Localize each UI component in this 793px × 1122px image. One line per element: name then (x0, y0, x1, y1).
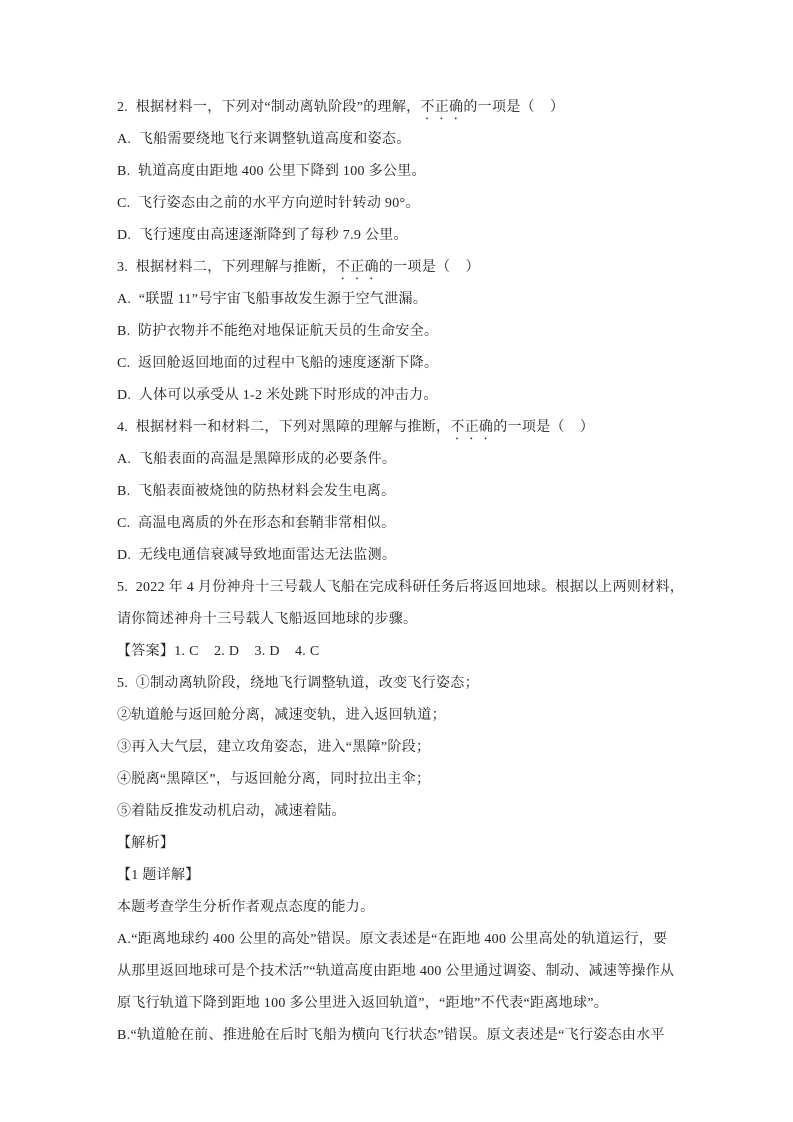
answer-line: 【答案】1. C 2. D 3. D 4. C (117, 636, 717, 668)
text-segment: 【解析】 (117, 836, 174, 851)
option-3-d: D. 人体可以承受从 1-2 米处跳下时形成的冲击力。 (117, 380, 717, 412)
option-4-a: A. 飞船表面的高温是黑障形成的必要条件。 (117, 444, 717, 476)
text-segment: ②轨道舱与返回舱分离，减速变轨，进入返回轨道； (117, 708, 446, 723)
answer-5-step-1: 5. ①制动离轨阶段，绕地飞行调整轨道，改变飞行姿态； (117, 668, 717, 700)
analysis-heading: 【解析】 (117, 828, 717, 860)
analysis-a-line-2: 从那里返回地球可是个技术活”“轨道高度由距地 400 公里通过调姿、制动、减速等… (117, 956, 717, 988)
question-5-line-1: 5. 2022 年 4 月份神舟十三号载人飞船在完成科研任务后将返回地球。根据以… (117, 572, 717, 604)
analysis-a-line-1: A.“距离地球约 400 公里的高处”错误。原文表述是“在距地 400 公里高处… (117, 924, 717, 956)
text-segment: D. 飞行速度由高速逐渐降到了每秒 7.9 公里。 (117, 228, 408, 243)
text-segment: C. 飞行姿态由之前的水平方向逆时针转动 90°。 (117, 196, 420, 211)
option-2-d: D. 飞行速度由高速逐渐降到了每秒 7.9 公里。 (117, 220, 717, 252)
analysis-intro: 本题考查学生分析作者观点态度的能力。 (117, 892, 717, 924)
document-body: 2. 根据材料一，下列对“制动离轨阶段”的理解，不正确的一项是（ ）A. 飞船需… (117, 92, 717, 1052)
document-page: 2. 根据材料一，下列对“制动离轨阶段”的理解，不正确的一项是（ ）A. 飞船需… (0, 0, 793, 1122)
text-segment: ③再入大气层，建立攻角姿态，进入“黑障”阶段； (117, 740, 430, 755)
text-segment: A. “联盟 11”号宇宙飞船事故发生源于空气泄漏。 (117, 292, 427, 307)
text-segment: C. 高温电离质的外在形态和套鞘非常相似。 (117, 516, 395, 531)
option-3-a: A. “联盟 11”号宇宙飞船事故发生源于空气泄漏。 (117, 284, 717, 316)
text-segment: 的一项是（ ） (379, 260, 480, 275)
answer-5-step-3: ③再入大气层，建立攻角姿态，进入“黑障”阶段； (117, 732, 717, 764)
option-2-a: A. 飞船需要绕地飞行来调整轨道高度和姿态。 (117, 124, 717, 156)
option-4-b: B. 飞船表面被烧蚀的防热材料会发生电离。 (117, 476, 717, 508)
text-segment: 请你简述神舟十三号载人飞船返回地球的步骤。 (117, 612, 417, 627)
answer-5-step-4: ④脱离“黑障区”，与返回舱分离，同时拉出主伞； (117, 764, 717, 796)
text-segment: B. 防护衣物并不能绝对地保证航天员的生命安全。 (117, 324, 438, 339)
text-segment: 4. 根据材料一和材料二，下列对黑障的理解与推断， (117, 420, 450, 435)
text-segment: 原飞行轨道下降到距地 100 多公里进入返回轨道”，“距地”不代表“距离地球”。 (117, 996, 608, 1011)
analysis-b-line-1: B.“轨道舱在前、推进舱在后时飞船为横向飞行状态”错误。原文表述是“飞行姿态由水… (117, 1020, 717, 1052)
text-segment: A. 飞船需要绕地飞行来调整轨道高度和姿态。 (117, 132, 411, 147)
text-segment: 本题考查学生分析作者观点态度的能力。 (117, 900, 374, 915)
emphasized-text: 不正确 (336, 260, 379, 275)
option-2-c: C. 飞行姿态由之前的水平方向逆时针转动 90°。 (117, 188, 717, 220)
text-segment: 的一项是（ ） (463, 100, 564, 115)
analysis-a-line-3: 原飞行轨道下降到距地 100 多公里进入返回轨道”，“距地”不代表“距离地球”。 (117, 988, 717, 1020)
text-segment: A.“距离地球约 400 公里的高处”错误。原文表述是“在距地 400 公里高处… (117, 932, 667, 947)
text-segment: D. 无线电通信衰减导致地面雷达无法监测。 (117, 548, 396, 563)
text-segment: B. 轨道高度由距地 400 公里下降到 100 多公里。 (117, 164, 426, 179)
answer-5-step-2: ②轨道舱与返回舱分离，减速变轨，进入返回轨道； (117, 700, 717, 732)
text-segment: 5. 2022 年 4 月份神舟十三号载人飞船在完成科研任务后将返回地球。根据以… (117, 580, 684, 595)
question-1-analysis-heading: 【1 题详解】 (117, 860, 717, 892)
option-3-b: B. 防护衣物并不能绝对地保证航天员的生命安全。 (117, 316, 717, 348)
question-2: 2. 根据材料一，下列对“制动离轨阶段”的理解，不正确的一项是（ ） (117, 92, 717, 124)
question-5-line-2: 请你简述神舟十三号载人飞船返回地球的步骤。 (117, 604, 717, 636)
text-segment: C. 返回舱返回地面的过程中飞船的速度逐渐下降。 (117, 356, 438, 371)
text-segment: 【1 题详解】 (117, 868, 200, 883)
text-segment: 【答案】1. C 2. D 3. D 4. C (117, 644, 320, 659)
text-segment: B. 飞船表面被烧蚀的防热材料会发生电离。 (117, 484, 395, 499)
text-segment: D. 人体可以承受从 1-2 米处跳下时形成的冲击力。 (117, 388, 438, 403)
text-segment: A. 飞船表面的高温是黑障形成的必要条件。 (117, 452, 396, 467)
text-segment: 从那里返回地球可是个技术活”“轨道高度由距地 400 公里通过调姿、制动、减速等… (117, 964, 674, 979)
text-segment: 的一项是（ ） (493, 420, 594, 435)
emphasized-text: 不正确 (420, 100, 463, 115)
text-segment: ⑤着陆反推发动机启动，减速着陆。 (117, 804, 346, 819)
text-segment: B.“轨道舱在前、推进舱在后时飞船为横向飞行状态”错误。原文表述是“飞行姿态由水… (117, 1028, 665, 1043)
option-4-c: C. 高温电离质的外在形态和套鞘非常相似。 (117, 508, 717, 540)
option-4-d: D. 无线电通信衰减导致地面雷达无法监测。 (117, 540, 717, 572)
question-3: 3. 根据材料二，下列理解与推断，不正确的一项是（ ） (117, 252, 717, 284)
text-segment: 2. 根据材料一，下列对“制动离轨阶段”的理解， (117, 100, 420, 115)
option-3-c: C. 返回舱返回地面的过程中飞船的速度逐渐下降。 (117, 348, 717, 380)
text-segment: 3. 根据材料二，下列理解与推断， (117, 260, 336, 275)
answer-5-step-5: ⑤着陆反推发动机启动，减速着陆。 (117, 796, 717, 828)
emphasized-text: 不正确 (450, 420, 493, 435)
option-2-b: B. 轨道高度由距地 400 公里下降到 100 多公里。 (117, 156, 717, 188)
text-segment: 5. ①制动离轨阶段，绕地飞行调整轨道，改变飞行姿态； (117, 676, 479, 691)
text-segment: ④脱离“黑障区”，与返回舱分离，同时拉出主伞； (117, 772, 430, 787)
question-4: 4. 根据材料一和材料二，下列对黑障的理解与推断，不正确的一项是（ ） (117, 412, 717, 444)
